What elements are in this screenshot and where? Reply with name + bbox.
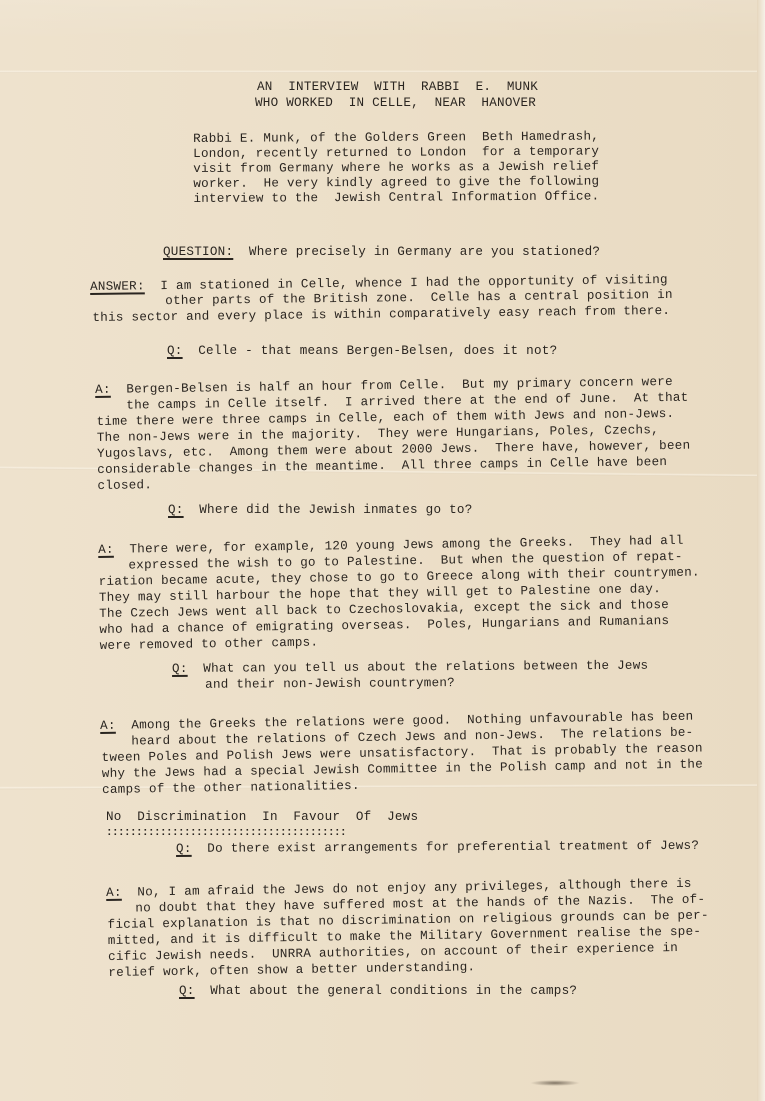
paper-fold-crease [0, 70, 757, 73]
question-4: Q: What can you tell us about the relati… [172, 659, 648, 676]
intro-line: Rabbi E. Munk, of the Golders Green Beth… [193, 130, 599, 146]
section-subheading: No Discrimination In Favour Of Jews [106, 810, 418, 824]
question-4-line: and their non-Jewish countrymen? [205, 676, 455, 692]
answer-2-line: closed. [97, 478, 152, 493]
answer-label: ANSWER: [90, 279, 145, 294]
answer-4-line: camps of the other nationalities. [102, 779, 360, 797]
answer-label: A: [100, 719, 116, 733]
question-2: Q: Celle - that means Bergen-Belsen, doe… [167, 344, 557, 358]
ink-smudge [530, 1080, 580, 1086]
question-5: Q: Do there exist arrangements for prefe… [176, 839, 699, 856]
title-line-1: AN INTERVIEW WITH RABBI E. MUNK [257, 80, 538, 94]
typewritten-page: AN INTERVIEW WITH RABBI E. MUNK WHO WORK… [0, 0, 757, 1101]
question-label: Q: [179, 984, 195, 998]
intro-line: interview to the Jewish Central Informat… [193, 190, 599, 206]
answer-5-line: relief work, often show a better underst… [108, 960, 475, 980]
intro-line: London, recently returned to London for … [193, 145, 599, 161]
subheading-colon-rule: :::::::::::::::::::::::::::::::::::::::: [106, 826, 346, 840]
paper-edge [757, 0, 765, 1101]
question-label: QUESTION: [163, 245, 233, 259]
question-1: QUESTION: Where precisely in Germany are… [163, 245, 600, 259]
question-label: Q: [167, 344, 183, 358]
answer-3-line: were removed to other camps. [100, 636, 319, 653]
answer-label: A: [98, 543, 114, 557]
intro-line: visit from Germany where he works as a J… [193, 160, 599, 176]
title-line-2: WHO WORKED IN CELLE, NEAR HANOVER [255, 96, 536, 110]
question-label: Q: [172, 662, 188, 676]
intro-line: worker. He very kindly agreed to give th… [193, 175, 599, 191]
question-label: Q: [168, 503, 184, 517]
question-label: Q: [176, 842, 192, 856]
question-6: Q: What about the general conditions in … [179, 984, 577, 998]
answer-label: A: [106, 886, 122, 900]
question-3: Q: Where did the Jewish inmates go to? [168, 503, 473, 517]
answer-label: A: [95, 383, 111, 397]
